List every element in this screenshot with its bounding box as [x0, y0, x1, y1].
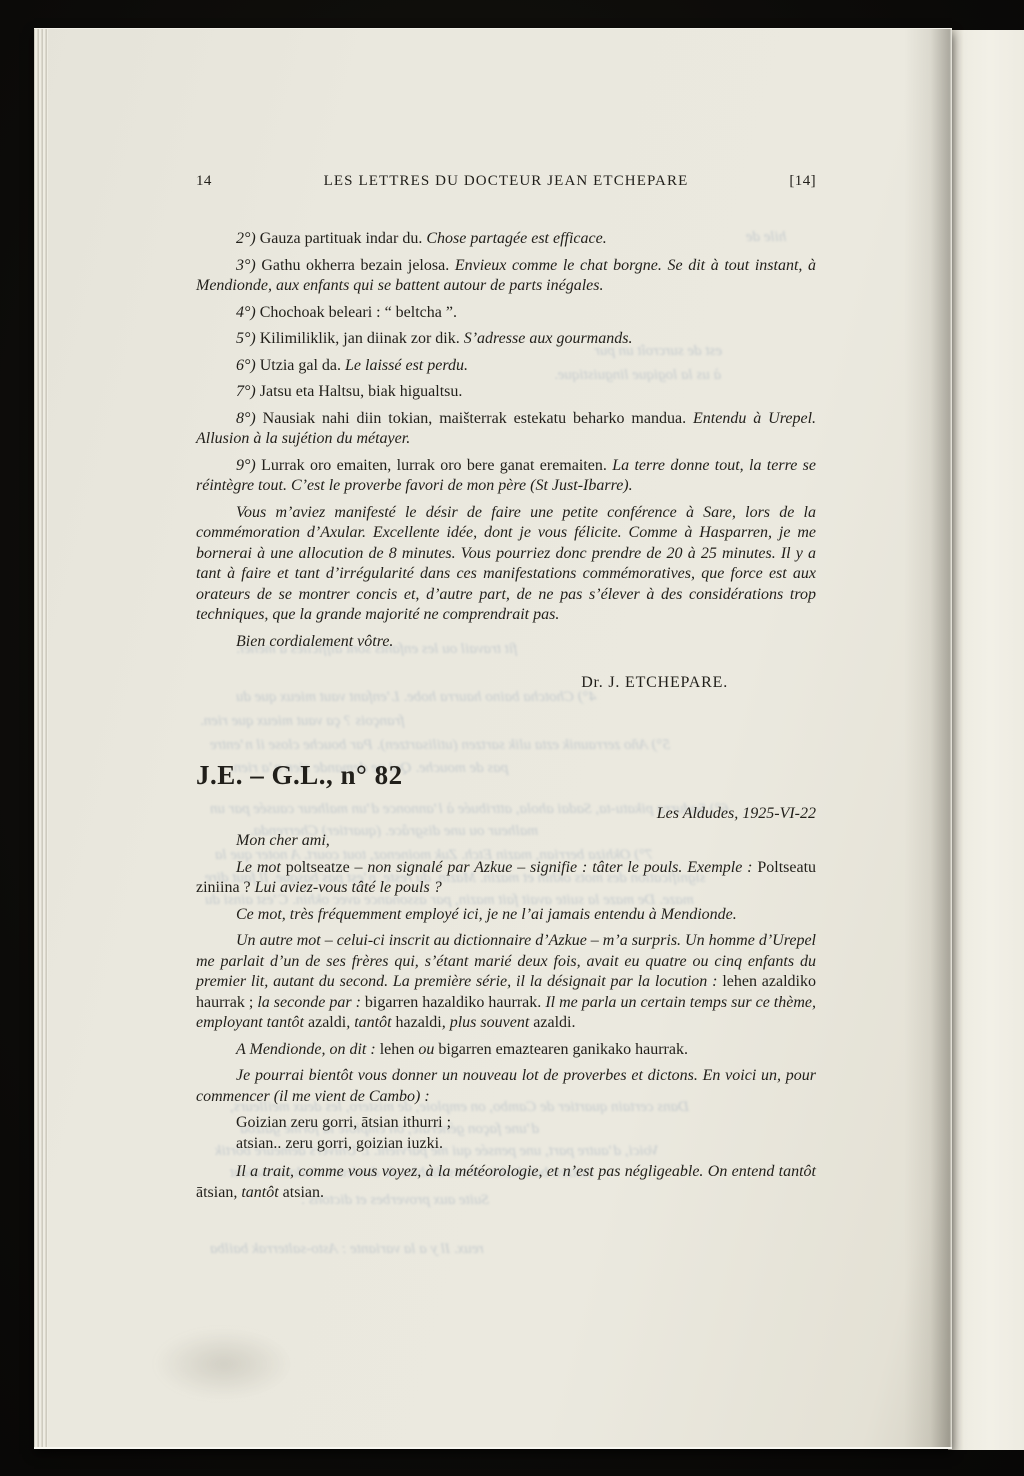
- bleedthrough-text: reux. Il y a la variante : Asto-salterra…: [210, 1241, 484, 1258]
- book-page: hile deest de surcroît un purà us la log…: [34, 28, 952, 1449]
- page-number: 14: [196, 173, 266, 189]
- paragraph: Un autre mot – celui-ci inscrit au dicti…: [196, 931, 816, 1034]
- letter-signature: Dr. J. ETCHEPARE.: [196, 673, 728, 694]
- paper-smudge: [154, 1329, 294, 1399]
- page-edge-stack: [34, 29, 48, 1447]
- letter-82-heading: J.E. – G.L., n° 82: [196, 760, 816, 790]
- paragraph: 2°) Gauza partituak indar du. Chose part…: [196, 229, 816, 250]
- letter-82-body: Le mot poltseatze – non signalé par Azku…: [196, 858, 816, 1204]
- paragraph: 9°) Lurrak oro emaiten, lurrak oro bere …: [196, 456, 816, 497]
- letter-salutation: Mon cher ami,: [196, 831, 816, 852]
- bracket-page-number: [14]: [746, 173, 816, 189]
- gutter-shadow: [904, 29, 952, 1447]
- letter-dateline: Les Aldudes, 1925-VI-22: [196, 804, 816, 825]
- paragraph: 6°) Utzia gal da. Le laissé est perdu.: [196, 356, 816, 377]
- paragraph: 4°) Chochoak beleari : “ beltcha ”.: [196, 303, 816, 324]
- paragraph: Le mot poltseatze – non signalé par Azku…: [196, 858, 816, 899]
- paragraph: 3°) Gathu okherra bezain jelosa. Envieux…: [196, 256, 816, 297]
- running-header: 14 LES LETTRES DU DOCTEUR JEAN ETCHEPARE…: [196, 173, 816, 189]
- page-content: 14 LES LETTRES DU DOCTEUR JEAN ETCHEPARE…: [196, 173, 816, 1209]
- letter-closing: Bien cordialement vôtre.: [196, 632, 816, 653]
- paragraph: 7°) Jatsu eta Haltsu, biak higualtsu.: [196, 382, 816, 403]
- paragraph: Je pourrai bientôt vous donner un nouvea…: [196, 1066, 816, 1107]
- paragraph: Il a trait, comme vous voyez, à la météo…: [196, 1162, 816, 1203]
- paragraph: Ce mot, très fréquemment employé ici, je…: [196, 905, 816, 926]
- running-title: LES LETTRES DU DOCTEUR JEAN ETCHEPARE: [266, 173, 746, 189]
- paragraph: 5°) Kilimiliklik, jan diinak zor dik. S’…: [196, 329, 816, 350]
- facing-page: [948, 30, 1024, 1450]
- paragraph: 8°) Nausiak nahi diin tokian, maišterrak…: [196, 409, 816, 450]
- verse-line: atsian.. zeru gorri, goizian iuzki.: [196, 1134, 816, 1155]
- paragraph: A Mendionde, on dit : lehen ou bigarren …: [196, 1040, 816, 1061]
- verse-line: Goizian zeru gorri, ātsian ithurri ;: [196, 1113, 816, 1134]
- paragraph: Vous m’aviez manifesté le désir de faire…: [196, 503, 816, 626]
- letter-81-body: 2°) Gauza partituak indar du. Chose part…: [196, 229, 816, 626]
